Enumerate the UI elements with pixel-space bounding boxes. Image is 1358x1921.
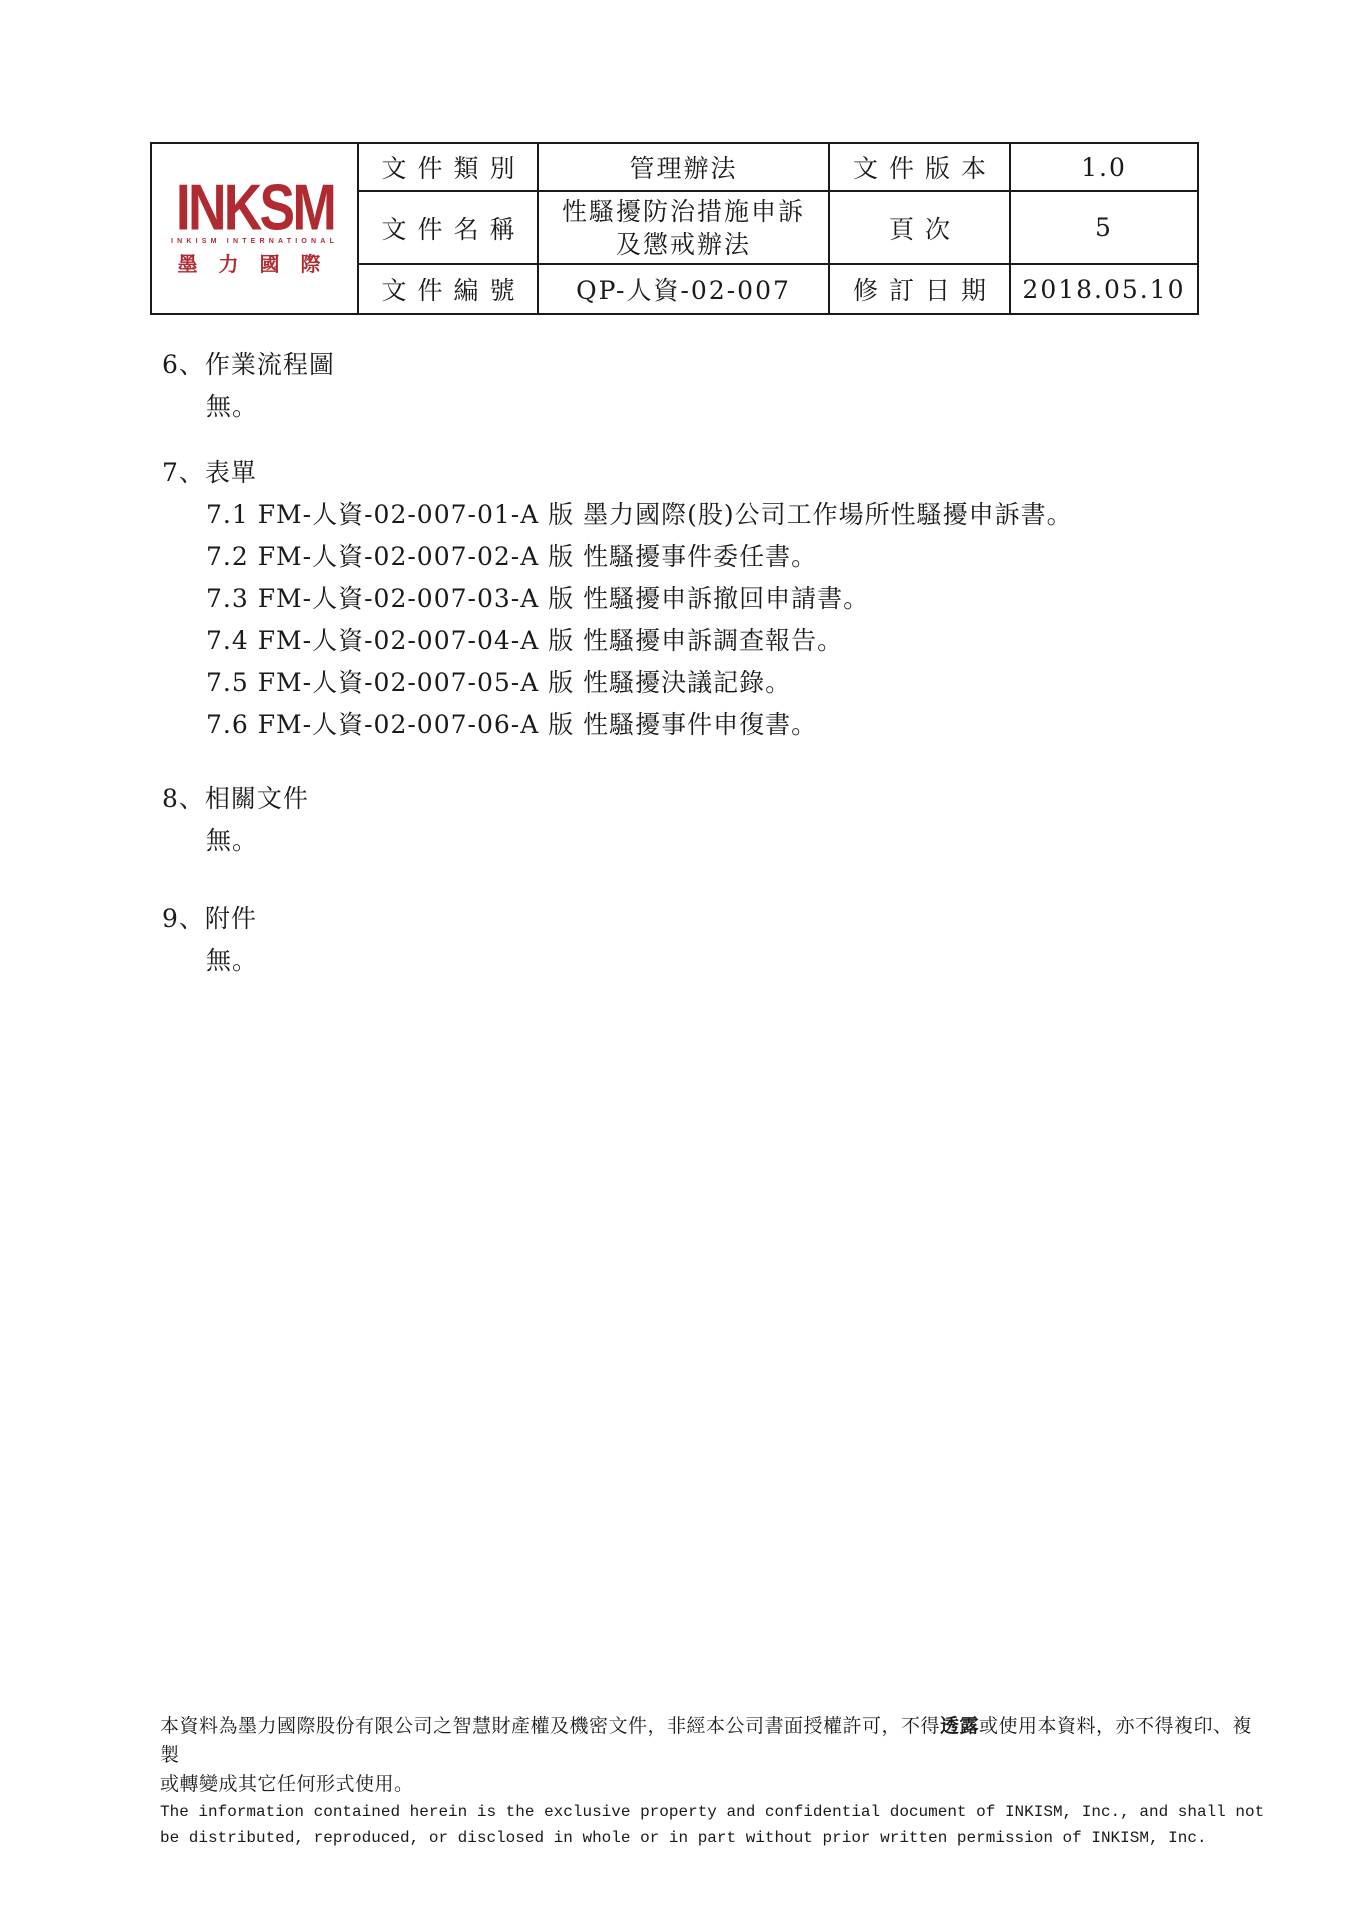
form-list-item: 7.5 FM-人資-02-007-05-A 版 性騷擾決議記錄。 (0, 662, 1358, 704)
footer-english-line2: be distributed, reproduced, or disclosed… (160, 1825, 1270, 1851)
logo-cell: INKSM INKISM INTERNATIONAL 墨力國際 (151, 143, 358, 314)
doc-name-line1: 性騷擾防治措施申訴 (539, 195, 828, 228)
section-heading: 7、表單 (0, 452, 1358, 494)
doc-version-value: 1.0 (1010, 143, 1198, 191)
section-heading: 6、作業流程圖 (0, 344, 1358, 386)
document-page: INKSM INKISM INTERNATIONAL 墨力國際 文件類別 管理辦… (0, 0, 1358, 1921)
confidentiality-footer: 本資料為墨力國際股份有限公司之智慧財產權及機密文件，非經本公司書面授權許可，不得… (160, 1712, 1270, 1851)
section-7-forms: 7、表單 7.1 FM-人資-02-007-01-A 版 墨力國際(股)公司工作… (0, 452, 1358, 746)
logo-wordmark: INKSM (174, 177, 334, 240)
form-list-item: 7.1 FM-人資-02-007-01-A 版 墨力國際(股)公司工作場所性騷擾… (0, 494, 1358, 536)
form-list-item: 7.6 FM-人資-02-007-06-A 版 性騷擾事件申復書。 (0, 704, 1358, 746)
document-header-table: INKSM INKISM INTERNATIONAL 墨力國際 文件類別 管理辦… (150, 142, 1199, 315)
footer-chinese-line1: 本資料為墨力國際股份有限公司之智慧財產權及機密文件，非經本公司書面授權許可，不得… (160, 1712, 1270, 1770)
section-6-workflow: 6、作業流程圖 無。 (0, 344, 1358, 428)
footer-chinese-line2: 或轉變成其它任何形式使用。 (160, 1770, 1270, 1799)
doc-name-value: 性騷擾防治措施申訴 及懲戒辦法 (538, 191, 829, 264)
footer-cn1-bold: 透露 (940, 1715, 979, 1737)
page-number-label: 頁次 (829, 191, 1010, 264)
page-number-value: 5 (1010, 191, 1198, 264)
section-9-attachments: 9、附件 無。 (0, 898, 1358, 982)
section-item: 無。 (0, 820, 1358, 862)
doc-category-label: 文件類別 (358, 143, 538, 191)
section-8-related-documents: 8、相關文件 無。 (0, 778, 1358, 862)
doc-name-line2: 及懲戒辦法 (539, 228, 828, 261)
doc-category-value: 管理辦法 (538, 143, 829, 191)
form-list-item: 7.3 FM-人資-02-007-03-A 版 性騷擾申訴撤回申請書。 (0, 578, 1358, 620)
revision-date-value: 2018.05.10 (1010, 264, 1198, 314)
form-list-item: 7.4 FM-人資-02-007-04-A 版 性騷擾申訴調查報告。 (0, 620, 1358, 662)
section-heading: 8、相關文件 (0, 778, 1358, 820)
section-heading: 9、附件 (0, 898, 1358, 940)
section-item: 無。 (0, 386, 1358, 428)
doc-name-label: 文件名稱 (358, 191, 538, 264)
revision-date-label: 修訂日期 (829, 264, 1010, 314)
doc-number-label: 文件編號 (358, 264, 538, 314)
company-logo: INKSM INKISM INTERNATIONAL 墨力國際 (168, 180, 342, 277)
logo-chinese-name: 墨力國際 (168, 248, 342, 277)
footer-cn1-pre: 本資料為墨力國際股份有限公司之智慧財產權及機密文件，非經本公司書面授權許可，不得 (160, 1715, 940, 1737)
doc-version-label: 文件版本 (829, 143, 1010, 191)
doc-number-value: QP-人資-02-007 (538, 264, 829, 314)
footer-english-line1: The information contained herein is the … (160, 1799, 1270, 1825)
section-item: 無。 (0, 940, 1358, 982)
form-list-item: 7.2 FM-人資-02-007-02-A 版 性騷擾事件委任書。 (0, 536, 1358, 578)
document-body: 6、作業流程圖 無。 7、表單 7.1 FM-人資-02-007-01-A 版 … (0, 344, 1358, 982)
